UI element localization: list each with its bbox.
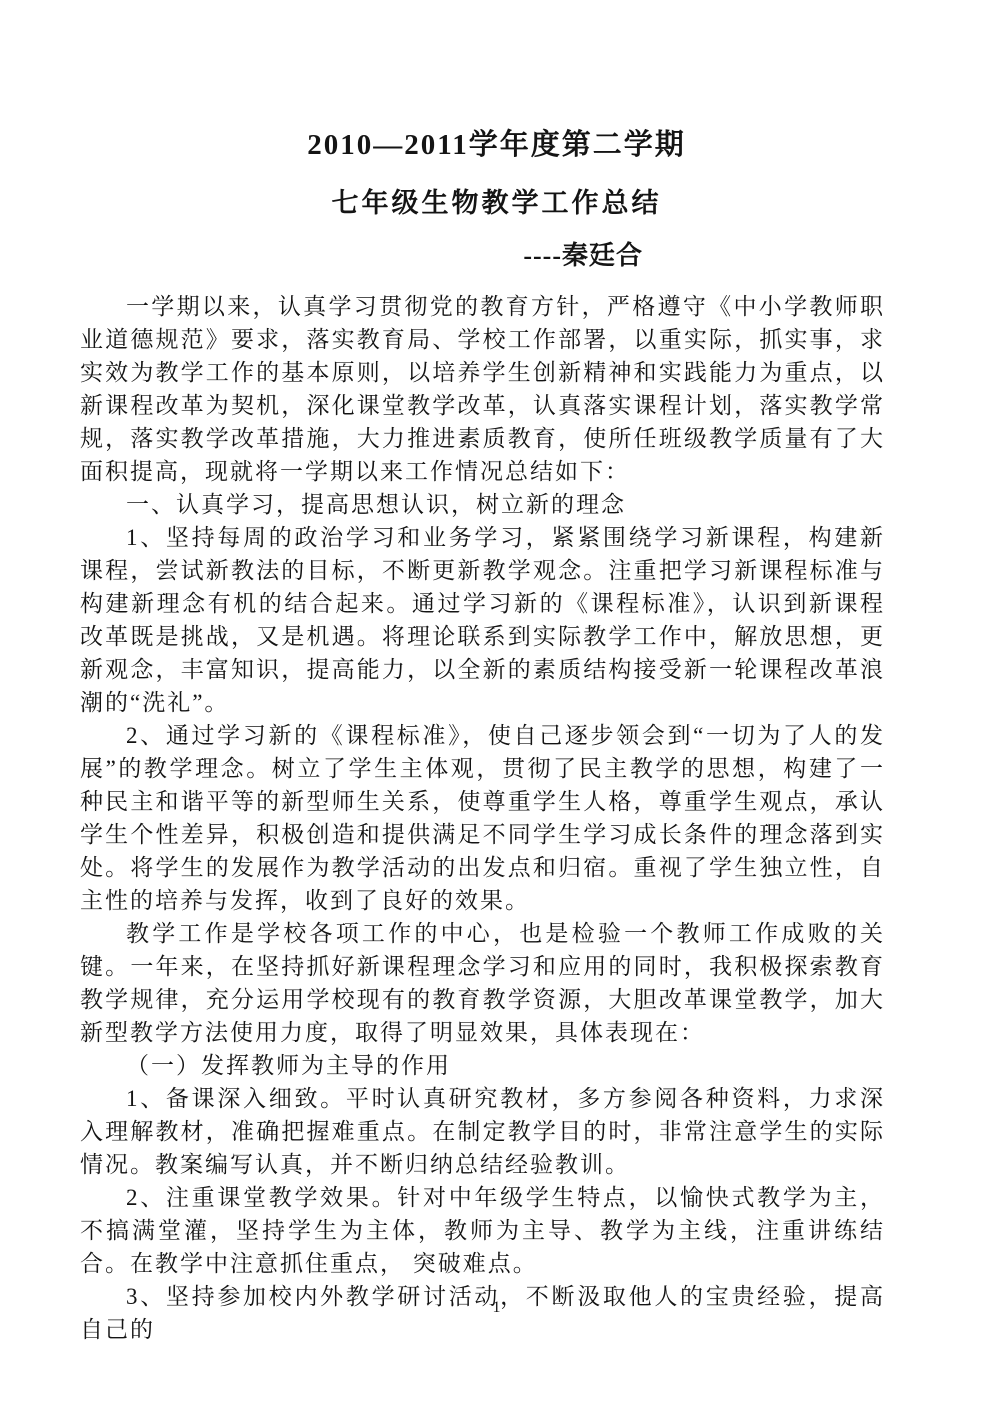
- body-paragraph: 2、注重课堂教学效果。针对中年级学生特点，以愉快式教学为主，不搞满堂灌，坚持学生…: [80, 1181, 885, 1280]
- body-paragraph: 2、通过学习新的《课程标准》，使自己逐步领会到“一切为了人的发展”的教学理念。树…: [80, 719, 885, 917]
- author-line: ----秦廷合: [80, 238, 885, 274]
- document-title-line2: 七年级生物教学工作总结: [0, 184, 993, 222]
- body-paragraph: 一学期以来，认真学习贯彻党的教育方针，严格遵守《中小学教师职业道德规范》要求，落…: [80, 290, 885, 488]
- document-body: 一学期以来，认真学习贯彻党的教育方针，严格遵守《中小学教师职业道德规范》要求，落…: [80, 290, 885, 1346]
- body-paragraph: 教学工作是学校各项工作的中心，也是检验一个教师工作成败的关键。一年来，在坚持抓好…: [80, 917, 885, 1049]
- section-heading: （一）发挥教师为主导的作用: [80, 1049, 885, 1082]
- body-paragraph: 1、坚持每周的政治学习和业务学习，紧紧围绕学习新课程，构建新课程，尝试新教法的目…: [80, 521, 885, 719]
- page-number: 1: [0, 1296, 993, 1320]
- document-page: 2010—2011学年度第二学期 七年级生物教学工作总结 ----秦廷合 一学期…: [0, 0, 993, 1404]
- body-paragraph: 1、备课深入细致。平时认真研究教材，多方参阅各种资料，力求深入理解教材，准确把握…: [80, 1082, 885, 1181]
- section-heading: 一、认真学习，提高思想认识，树立新的理念: [80, 488, 885, 521]
- document-title-line1: 2010—2011学年度第二学期: [0, 0, 993, 164]
